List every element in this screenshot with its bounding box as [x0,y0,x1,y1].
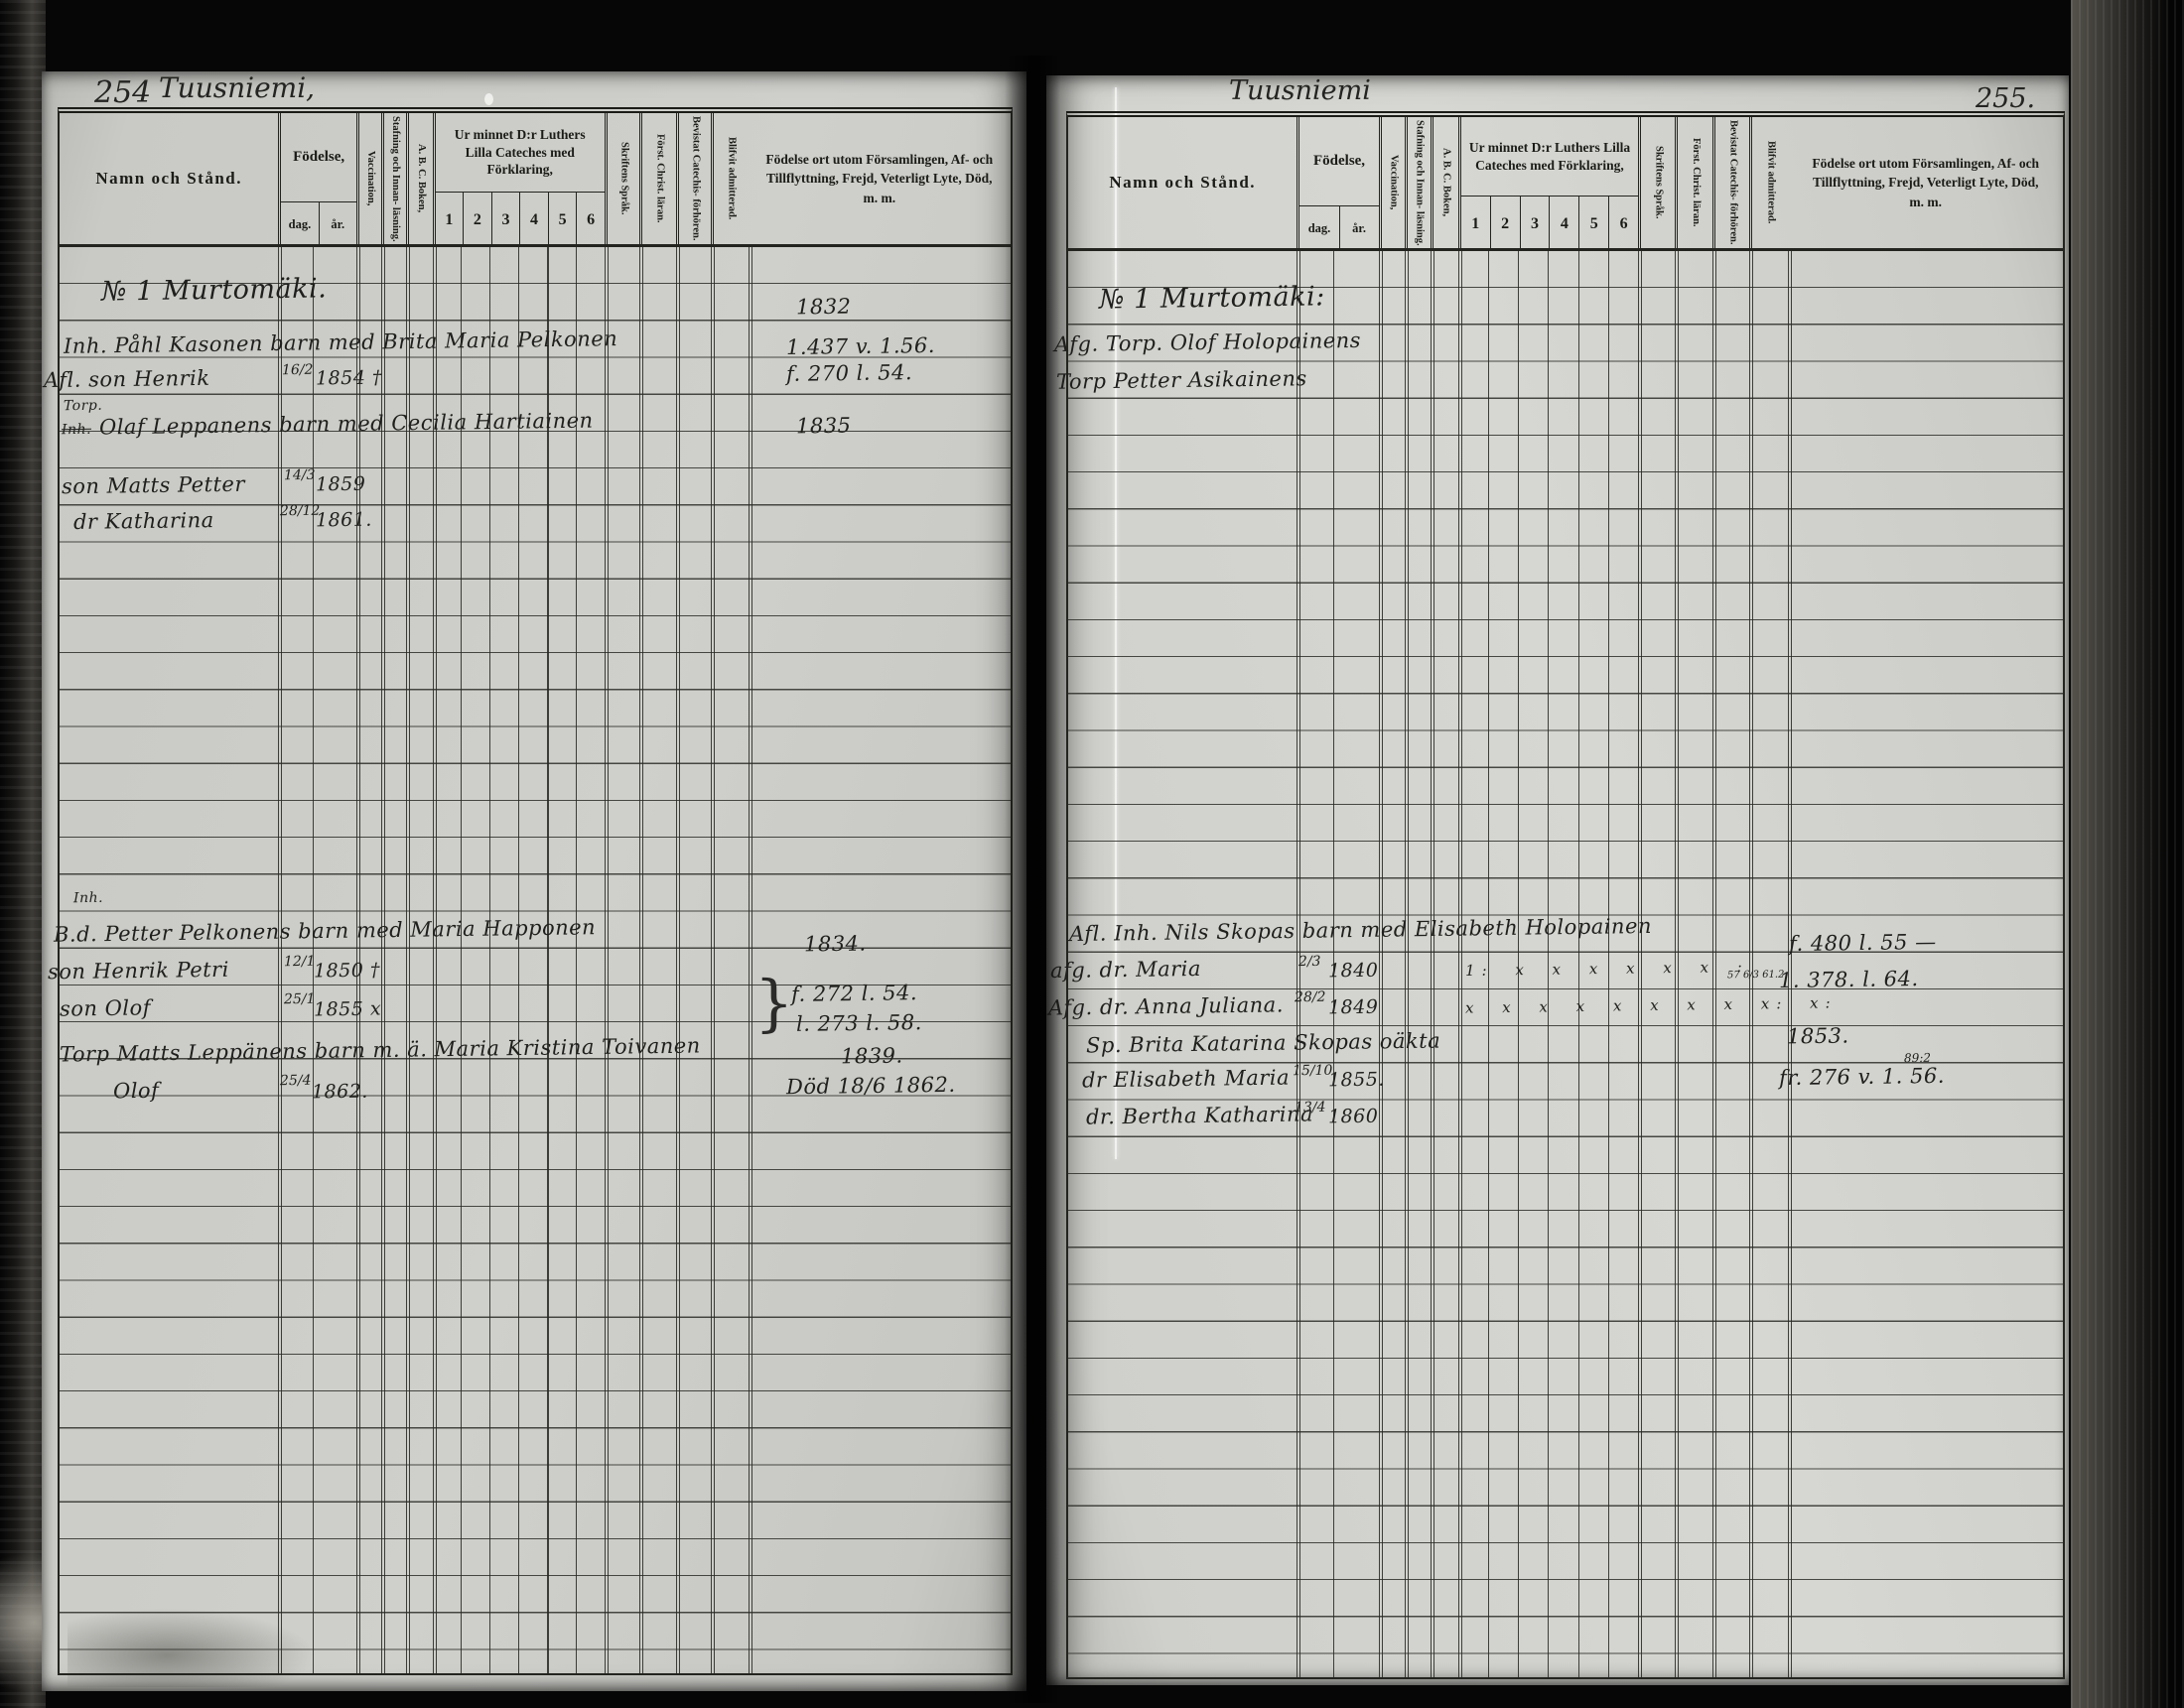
right-page: Tuusniemi 255. Namn och Stånd. Födelse, … [1046,75,2069,1685]
rule-line [1749,251,1753,1677]
col-scripture: Skriftens Språk. [605,113,639,244]
entry-note: 1853. [1787,1024,1849,1049]
col-abc-book-label: A. B. C. Boken, [1439,119,1452,246]
table-body-right: № 1 Murtomäki: Afg. Torp. Olof Holopaine… [1068,251,2063,1677]
page-number-right: 255. [1976,83,2035,114]
page-title-right: Tuusniemi [1229,75,1371,106]
col-name-label: Namn och Stånd. [95,169,242,189]
col-attended-label: Bevistat Catechis- förhören. [689,115,702,242]
col-cat-4: 4 [519,193,548,247]
entry-name: B.d. Petter Pelkonens barn med Maria Hap… [54,915,596,947]
entry-marks: 1: x x x x x x : [1465,958,1749,980]
entry-prefix: Inh. [73,890,103,906]
rule-line [576,247,577,1673]
table-header-left: Namn och Stånd. Födelse, dag. år. Vaccin… [60,113,1011,247]
entry-name: Olaf Leppanens barn med Cecilia Hartiain… [99,409,594,440]
col-attended-label: Bevistat Catechis- förhören. [1726,119,1739,246]
col-scripture-label: Skriftens Språk. [617,115,630,242]
col-cat-5: 5 [548,193,577,247]
col-first-christ-label: Först. Christ. läran. [1689,119,1702,246]
entry-day: 28/2 [1295,989,1326,1005]
col-vaccination: Vaccination, [356,113,381,244]
col-birth-label: Födelse, [1299,117,1378,206]
entry-year: 1859 [316,473,366,496]
col-cat-2: 2 [1490,197,1520,251]
entry-day: 13/4 [1295,1100,1326,1116]
entry-year: 1860 [1328,1106,1379,1128]
entry-name: Afl. Inh. Nils Skopas barn med Elisabeth… [1069,914,1652,946]
entry-struck: Inh. [62,422,91,438]
col-birth-day: dag. [281,202,318,247]
rule-line [406,247,410,1673]
photo-speck [484,93,493,105]
col-birth-day: dag. [1299,206,1338,251]
entry-name: Inh. Påhl Kasonen barn med Brita Maria P… [64,327,618,358]
col-notes-label: Födelse ort utom Församlingen, Af- och T… [1804,154,2047,212]
entry-note: f. 272 l. 54. [791,981,917,1006]
col-birth-label: Födelse, [281,113,356,202]
entry-note-sup: 89:2 [1904,1051,1931,1065]
col-spelling: Stafning och Innan- läsning. [1405,117,1431,248]
col-scripture: Skriftens Språk. [1638,117,1675,248]
rule-line [547,247,548,1673]
page-number-left: 254 [94,75,151,110]
col-name: Namn och Stånd. [1068,117,1297,248]
col-cat-1: 1 [436,193,464,247]
entry-note: 1839. [841,1044,903,1069]
book-page-edges-right [2071,0,2184,1708]
col-birth: Födelse, dag. år. [278,113,356,244]
entry-year: 1855. [1328,1069,1385,1092]
entry-note: fr. 276 v. 1. 56. [1779,1064,1945,1090]
col-first-christ: Först. Christ. läran. [639,113,675,244]
col-cat-3: 3 [1520,197,1550,251]
entry-name: afg. dr. Maria [1050,957,1201,983]
entry-year: 1850 † [314,960,380,983]
page-title-left: Tuusniemi, [159,71,315,104]
entry-note: f. 480 l. 55 — [1789,930,1937,956]
col-birth-year: år. [1339,206,1379,251]
entry-day: 25/1 [284,991,316,1007]
entry-name: dr Katharina [73,508,214,534]
col-attended: Bevistat Catechis- förhören. [1712,117,1749,248]
col-cat-6: 6 [1608,197,1638,251]
entry-note: Död 18/6 1862. [786,1073,956,1099]
entry-year: 1861. [316,509,372,532]
col-abc-book: A. B. C. Boken, [1431,117,1458,248]
col-vaccination-label: Vaccination, [364,115,377,242]
section-heading: № 1 Murtomäki: [1099,281,1325,315]
rule-line [489,247,490,1673]
entry-note: 1832 [796,295,852,320]
col-abc-book-label: A. B. C. Boken, [414,115,427,242]
entry-name: Olof [113,1079,160,1104]
entry-note: 1.437 v. 1.56. [786,333,935,359]
table-body-left: № 1 Murtomäki. Inh. Påhl Kasonen barn me… [60,247,1011,1673]
col-spelling-label: Stafning och Innan- läsning. [388,115,401,242]
entry-name: dr. Bertha Katharina [1086,1102,1313,1128]
entry-marks: x x x x x x x x x: x: [1465,993,1838,1016]
rule-line [278,247,282,1673]
entry-prefix: Torp. [64,398,103,415]
record-table-right: Namn och Stånd. Födelse, dag. år. Vaccin… [1066,111,2065,1679]
entry-day: 15/10 [1293,1063,1333,1080]
rule-line [1405,251,1409,1677]
rule-line [749,247,752,1673]
col-first-christ: Först. Christ. läran. [1675,117,1712,248]
entry-day: 16/2 [282,362,314,378]
book-photo: 254 Tuusniemi, Namn och Stånd. Födelse, … [0,0,2184,1708]
col-attended: Bevistat Catechis- förhören. [676,113,711,244]
col-vaccination: Vaccination, [1379,117,1405,248]
entry-day: 2/3 [1298,954,1321,970]
rule-line [1379,251,1383,1677]
entry-name: Afg. Torp. Olof Holopainens [1054,328,1361,356]
entry-name: son Matts Petter [62,472,245,499]
rule-line [711,247,715,1673]
note-brace: } [754,967,794,1039]
col-admitted: Blifvit admitterad. [1749,117,1788,248]
entry-name: son Olof [60,995,151,1020]
rule-line [461,247,462,1673]
entry-year: 1840 [1328,960,1379,983]
entry-day: 28/12 [280,503,321,520]
section-heading: № 1 Murtomäki. [101,273,328,307]
col-abc-book: A. B. C. Boken, [406,113,433,244]
entry-year: 1862. [312,1081,368,1104]
rule-line [381,247,385,1673]
entry-name: Afg. dr. Anna Juliana. [1048,992,1284,1019]
entry-year: 1854 † [316,367,382,390]
col-birth: Födelse, dag. år. [1297,117,1378,248]
col-catechism: Ur minnet D:r Luthers Lilla Cateches med… [433,113,605,244]
entry-note: l. 273 l. 58. [796,1010,922,1036]
col-cat-3: 3 [491,193,520,247]
entry-note: f. 270 l. 54. [786,360,912,386]
entry-year: 1849 [1328,996,1379,1019]
col-notes-label: Födelse ort utom Församlingen, Af- och T… [764,150,995,208]
col-cat-2: 2 [463,193,491,247]
entry-day: 25/4 [280,1073,312,1089]
col-cat-6: 6 [576,193,605,247]
entry-note: 1. 378. l. 64. [1779,967,1919,992]
col-catechism-label: Ur minnet D:r Luthers Lilla Cateches med… [436,113,605,193]
rule-line [433,247,437,1673]
entry-name: Afl. son Henrik [44,366,210,392]
table-header-right: Namn och Stånd. Födelse, dag. år. Vaccin… [1068,117,2063,251]
col-admitted-label: Blifvit admitterad. [725,115,738,242]
col-catechism-label: Ur minnet D:r Luthers Lilla Cateches med… [1461,117,1638,197]
col-name: Namn och Stånd. [60,113,278,244]
col-cat-4: 4 [1549,197,1578,251]
entry-name: Sp. Brita Katarina Skopas oäkta [1086,1029,1440,1058]
rule-line [639,247,643,1673]
col-vaccination-label: Vaccination, [1387,119,1400,246]
left-page: 254 Tuusniemi, Namn och Stånd. Födelse, … [42,71,1026,1691]
entry-name: dr Elisabeth Maria [1082,1066,1290,1093]
col-first-christ-label: Först. Christ. läran. [653,115,666,242]
entry-note-margin: 57 6/3 61.2 [1727,970,1785,982]
entry-year: 1855 x [314,998,381,1021]
col-scripture-label: Skriftens Språk. [1652,119,1665,246]
rule-line [1458,251,1462,1677]
col-notes: Födelse ort utom Församlingen, Af- och T… [1788,117,2063,248]
entry-day: 14/3 [284,467,316,483]
col-cat-1: 1 [1461,197,1490,251]
col-admitted-label: Blifvit admitterad. [1764,119,1777,246]
entry-name: son Henrik Petri [48,958,229,985]
col-birth-year: år. [319,202,356,247]
col-admitted: Blifvit admitterad. [711,113,748,244]
col-spelling-label: Stafning och Innan- läsning. [1413,119,1426,246]
rule-line [605,247,609,1673]
rule-line [1788,251,1792,1677]
entry-note: 1835 [796,414,852,439]
col-cat-5: 5 [1578,197,1608,251]
entry-day: 12/1 [284,954,316,970]
entry-name: Torp Petter Asikainens [1056,366,1307,394]
rule-line [518,247,519,1673]
rule-line [676,247,680,1673]
col-catechism: Ur minnet D:r Luthers Lilla Cateches med… [1458,117,1638,248]
entry-note: 1834. [804,932,867,957]
book-spine-left [0,0,46,1708]
col-name-label: Namn och Stånd. [1109,173,1256,193]
rule-line [1431,251,1434,1677]
col-spelling: Stafning och Innan- läsning. [381,113,406,244]
col-notes: Födelse ort utom Församlingen, Af- och T… [749,113,1011,244]
record-table-left: Namn och Stånd. Födelse, dag. år. Vaccin… [58,107,1013,1675]
